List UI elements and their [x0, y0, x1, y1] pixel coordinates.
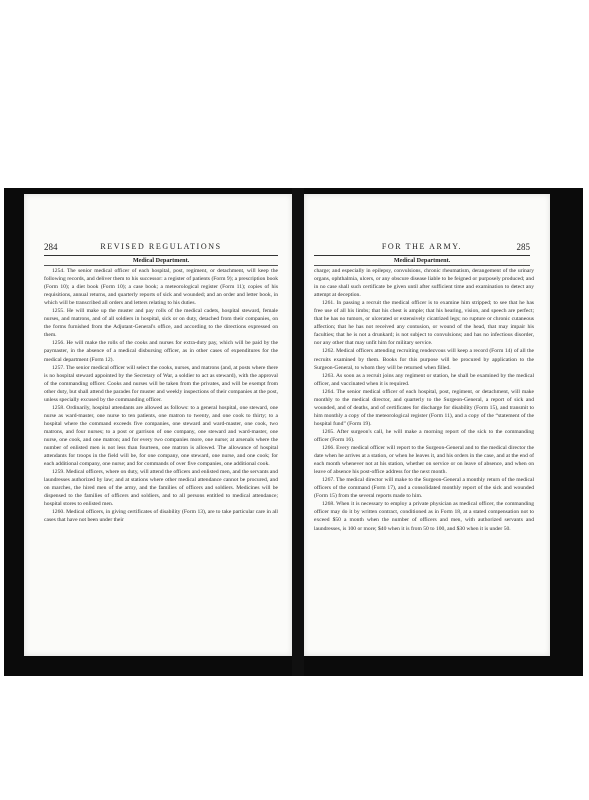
running-title: FOR THE ARMY. — [314, 242, 530, 251]
header-rule — [314, 255, 530, 256]
book-gutter — [292, 188, 304, 676]
running-title: REVISED REGULATIONS — [44, 242, 278, 251]
paragraph: 1258. Ordinarily, hospital attendants ar… — [44, 404, 278, 468]
paragraph: 1254. The senior medical officer of each… — [44, 267, 278, 307]
paragraph: 1261. In passing a recruit the medical o… — [314, 299, 534, 347]
running-head-left: 284 REVISED REGULATIONS — [44, 242, 278, 254]
paragraph: 1268. When it is necessary to employ a p… — [314, 500, 534, 532]
paragraph: 1267. The medical director will make to … — [314, 476, 534, 500]
paragraph: 1265. After surgeon's call, he will make… — [314, 428, 534, 444]
running-head-right: FOR THE ARMY. 285 — [314, 242, 530, 254]
section-rule — [44, 265, 278, 266]
paragraph: 1266. Every medical officer will report … — [314, 444, 534, 476]
paragraph: 1264. The senior medical officer of each… — [314, 388, 534, 428]
paragraph: 1255. He will make up the muster and pay… — [44, 307, 278, 339]
right-page: FOR THE ARMY. 285 Medical Department. ch… — [304, 194, 550, 656]
section-rule — [314, 265, 530, 266]
left-page-body: 1254. The senior medical officer of each… — [44, 267, 278, 525]
paragraph: 1263. As soon as a recruit joins any reg… — [314, 372, 534, 388]
scanned-book-spread: 284 REVISED REGULATIONS Medical Departme… — [4, 188, 583, 676]
section-heading: Medical Department. — [314, 257, 530, 264]
paragraph: 1256. He will make the rolls of the cook… — [44, 339, 278, 363]
right-page-body: charge; and especially in epilepsy, conv… — [314, 267, 534, 533]
paragraph: 1262. Medical officers attending recruit… — [314, 347, 534, 371]
left-page: 284 REVISED REGULATIONS Medical Departme… — [24, 194, 292, 656]
paragraph: 1257. The senior medical officer will se… — [44, 364, 278, 404]
section-heading: Medical Department. — [44, 257, 278, 264]
paragraph: charge; and especially in epilepsy, conv… — [314, 267, 534, 299]
paragraph: 1259. Medical officers, where on duty, w… — [44, 468, 278, 508]
header-rule — [44, 255, 278, 256]
page-number: 285 — [517, 242, 531, 252]
paragraph: 1260. Medical officers, in giving certif… — [44, 508, 278, 524]
